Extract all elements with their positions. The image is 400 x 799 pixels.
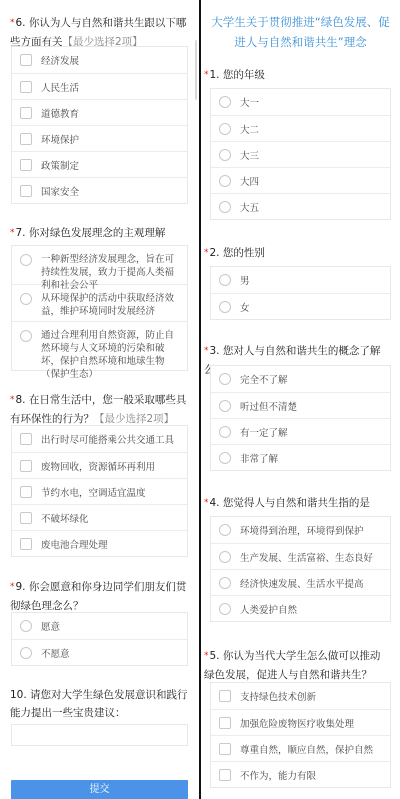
question-4-options: 环境得到治理，环境得到保护 生产发展、生活富裕、生态良好 经济快速发展、生活水平… — [210, 516, 391, 622]
checkbox-icon[interactable] — [219, 769, 231, 781]
option-radio[interactable]: 大四 — [211, 167, 390, 193]
radio-icon[interactable] — [219, 551, 231, 563]
option-radio[interactable]: 女 — [211, 293, 390, 319]
radio-icon[interactable] — [20, 620, 32, 632]
question-hint: 【最少选择2项】 — [94, 413, 174, 425]
question-6-options: 经济发展 人民生活 道德教育 环境保护 政策制定 国家安全 — [11, 46, 188, 204]
question-8-options: 出行时尽可能搭乘公共交通工具 废物回收，资源循环再利用 节约水电，空调适宜温度 … — [11, 425, 188, 557]
radio-icon[interactable] — [219, 201, 231, 213]
survey-title: 大学生关于贯彻推进“绿色发展、促进人与自然和谐共生”理念 — [211, 12, 390, 52]
question-3-options: 完全不了解 听过但不清楚 有一定了解 非常了解 — [210, 365, 391, 471]
checkbox-icon[interactable] — [219, 743, 231, 755]
option-radio[interactable]: 一种新型经济发展理念，旨在可持续性发展，致力于提高人类福利和社会公平 — [12, 246, 187, 284]
radio-icon[interactable] — [219, 274, 231, 286]
option-checkbox[interactable]: 尊重自然，顺应自然，保护自然 — [211, 735, 390, 761]
question-2-options: 男 女 — [210, 266, 391, 320]
option-radio[interactable]: 完全不了解 — [211, 366, 390, 392]
radio-icon[interactable] — [219, 96, 231, 108]
radio-icon[interactable] — [219, 400, 231, 412]
checkbox-icon[interactable] — [219, 690, 231, 702]
option-radio[interactable]: 经济快速发展、生活水平提高 — [211, 569, 390, 595]
option-checkbox[interactable]: 节约水电，空调适宜温度 — [12, 478, 187, 504]
radio-icon[interactable] — [219, 123, 231, 135]
required-marker: * — [204, 498, 209, 508]
required-marker: * — [10, 18, 15, 28]
option-radio[interactable]: 大二 — [211, 115, 390, 141]
submit-button[interactable]: 提交 — [11, 780, 188, 799]
checkbox-icon[interactable] — [20, 107, 32, 119]
radio-icon[interactable] — [219, 175, 231, 187]
option-checkbox[interactable]: 政策制定 — [12, 151, 187, 177]
checkbox-icon[interactable] — [20, 133, 32, 145]
option-radio[interactable]: 环境得到治理，环境得到保护 — [211, 517, 390, 543]
option-checkbox[interactable]: 加强危险废物医疗收集处理 — [211, 709, 390, 735]
question-9-options: 愿意 不愿意 — [11, 612, 188, 666]
option-checkbox[interactable]: 出行时尽可能搭乘公共交通工具 — [12, 426, 187, 452]
required-marker: * — [10, 228, 15, 238]
question-9-title: *9. 你会愿意和你身边同学们朋友们贯彻绿色理念么？ — [10, 578, 189, 615]
option-radio[interactable]: 不愿意 — [12, 639, 187, 665]
option-checkbox[interactable]: 废物回收，资源循环再利用 — [12, 452, 187, 478]
checkbox-icon[interactable] — [20, 538, 32, 550]
checkbox-icon[interactable] — [20, 460, 32, 472]
checkbox-icon[interactable] — [20, 433, 32, 445]
checkbox-icon[interactable] — [20, 54, 32, 66]
option-radio[interactable]: 听过但不清楚 — [211, 392, 390, 418]
required-marker: * — [204, 70, 209, 80]
question-10-title: 10. 请您对大学生绿色发展意识和践行能力提出一些宝贵建议： — [10, 686, 189, 722]
question-1-options: 大一 大二 大三 大四 大五 — [210, 88, 391, 220]
left-screen: *6. 你认为人与自然和谐共生跟以下哪些方面有关【最少选择2项】 经济发展 人民… — [0, 0, 199, 799]
question-7-title: *7. 你对绿色发展理念的主观理解 — [10, 224, 189, 243]
option-radio[interactable]: 人类爱护自然 — [211, 595, 390, 621]
question-4-title: *4. 您觉得人与自然和谐共生指的是 — [204, 494, 390, 513]
scrollbar[interactable] — [195, 40, 197, 100]
suggestion-textarea[interactable] — [11, 724, 188, 746]
radio-icon[interactable] — [219, 373, 231, 385]
required-marker: * — [204, 248, 209, 258]
option-checkbox[interactable]: 废电池合理处理 — [12, 530, 187, 556]
question-7-options: 一种新型经济发展理念，旨在可持续性发展，致力于提高人类福利和社会公平 从环境保护… — [11, 245, 188, 371]
radio-icon[interactable] — [20, 254, 32, 266]
option-radio[interactable]: 男 — [211, 267, 390, 293]
option-checkbox[interactable]: 不作为，能力有限 — [211, 761, 390, 787]
radio-icon[interactable] — [219, 426, 231, 438]
option-checkbox[interactable]: 不破坏绿化 — [12, 504, 187, 530]
required-marker: * — [204, 346, 209, 356]
radio-icon[interactable] — [219, 149, 231, 161]
required-marker: * — [10, 582, 15, 592]
question-5-options: 支持绿色技术创新 加强危险废物医疗收集处理 尊重自然，顺应自然，保护自然 不作为… — [210, 682, 391, 788]
option-radio[interactable]: 非常了解 — [211, 444, 390, 470]
checkbox-icon[interactable] — [20, 185, 32, 197]
option-checkbox[interactable]: 经济发展 — [12, 47, 187, 73]
option-radio[interactable]: 大五 — [211, 193, 390, 219]
radio-icon[interactable] — [219, 301, 231, 313]
checkbox-icon[interactable] — [20, 81, 32, 93]
option-checkbox[interactable]: 支持绿色技术创新 — [211, 683, 390, 709]
option-radio[interactable]: 愿意 — [12, 613, 187, 639]
checkbox-icon[interactable] — [219, 717, 231, 729]
option-checkbox[interactable]: 人民生活 — [12, 73, 187, 99]
radio-icon[interactable] — [20, 330, 32, 342]
option-radio[interactable]: 大一 — [211, 89, 390, 115]
checkbox-icon[interactable] — [20, 486, 32, 498]
option-checkbox[interactable]: 道德教育 — [12, 99, 187, 125]
question-8-title: *8. 在日常生活中，您一般采取哪些具有环保性的行为？【最少选择2项】 — [10, 391, 189, 428]
radio-icon[interactable] — [219, 524, 231, 536]
right-screen: 大学生关于贯彻推进“绿色发展、促进人与自然和谐共生”理念 *1. 您的年级 大一… — [201, 0, 400, 799]
radio-icon[interactable] — [20, 293, 32, 305]
required-marker: * — [204, 651, 209, 661]
radio-icon[interactable] — [219, 452, 231, 464]
option-checkbox[interactable]: 国家安全 — [12, 177, 187, 203]
required-marker: * — [10, 395, 15, 405]
question-1-title: *1. 您的年级 — [204, 66, 390, 85]
option-radio[interactable]: 有一定了解 — [211, 418, 390, 444]
radio-icon[interactable] — [219, 577, 231, 589]
option-radio[interactable]: 大三 — [211, 141, 390, 167]
option-radio[interactable]: 生产发展、生活富裕、生态良好 — [211, 543, 390, 569]
checkbox-icon[interactable] — [20, 159, 32, 171]
question-2-title: *2. 您的性别 — [204, 244, 390, 263]
radio-icon[interactable] — [20, 647, 32, 659]
option-checkbox[interactable]: 环境保护 — [12, 125, 187, 151]
checkbox-icon[interactable] — [20, 512, 32, 524]
radio-icon[interactable] — [219, 603, 231, 615]
option-radio[interactable]: 通过合理利用自然资源，防止自然环境与人文环境的污染和破坏，保护自然环境和地球生物… — [12, 321, 187, 370]
